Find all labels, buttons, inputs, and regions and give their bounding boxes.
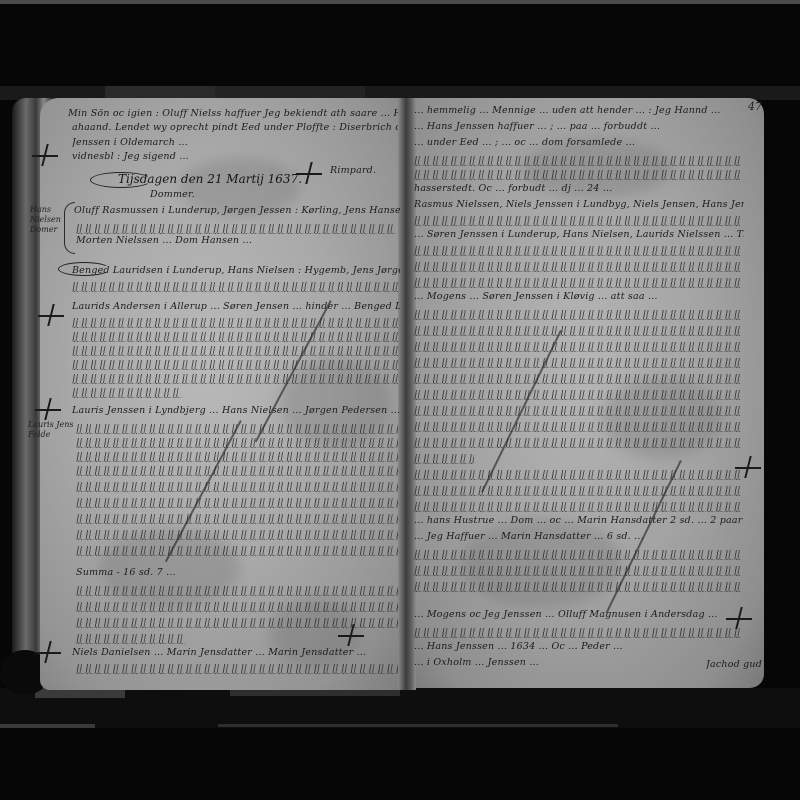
- handwriting-line: [414, 566, 740, 576]
- handwriting-line: [414, 216, 740, 226]
- right-para-6: ... Søren Jenssen i Lunderup, Hans Niels…: [414, 228, 744, 242]
- handwriting-line: [414, 390, 740, 400]
- left-para-4: Laurids Andersen i Allerup ... Søren Jen…: [72, 300, 400, 314]
- handwriting-line: [414, 156, 740, 166]
- right-para-10: ... Mogens oc Jeg Jenssen ... Olluff Mag…: [414, 608, 734, 622]
- margin-cross-icon: [35, 398, 61, 424]
- right-para-11: ... Hans Jenssen ... 1634 ... Oc ... Ped…: [414, 640, 744, 654]
- right-bottom-signature: Jachod gudss: [706, 658, 762, 672]
- handwriting-line: [72, 318, 398, 328]
- scan-top-edge: [0, 0, 800, 4]
- handwriting-line: [76, 664, 398, 674]
- right-para-3: ... under Eed ... ; ... oc ... dom forsa…: [414, 136, 744, 150]
- left-para-1: Oluff Rasmussen i Lunderup, Jørgen Jesse…: [74, 204, 400, 218]
- left-line-3: Jenssen i Oldemarch ...: [72, 136, 398, 150]
- handwriting-line: [414, 422, 740, 432]
- handwriting-line: [76, 530, 398, 540]
- left-para-2: Morten Nielssen ... Dom Hansen ...: [76, 234, 336, 248]
- handwriting-line: [414, 342, 740, 352]
- handwriting-line: [76, 586, 398, 596]
- handwriting-line: [76, 514, 398, 524]
- margin-cross-icon: [35, 641, 61, 667]
- margin-cross-icon: [32, 144, 58, 170]
- handwriting-line: [76, 482, 398, 492]
- left-line-4: vidnesbl : Jeg sigend ...: [72, 150, 332, 164]
- handwriting-line: [72, 360, 398, 370]
- left-signature: Rimpard.: [330, 164, 400, 178]
- handwriting-line: [72, 374, 398, 384]
- handwriting-line: [414, 278, 740, 288]
- left-para-5: Lauris Jenssen i Lyndbjerg ... Hans Niel…: [72, 404, 400, 418]
- handwriting-line: [72, 282, 398, 292]
- handwriting-line: [414, 406, 740, 416]
- right-para-2: ... Hans Jenssen haffuer ... ; ... paa .…: [414, 120, 744, 134]
- handwriting-line: [414, 170, 740, 180]
- right-para-9: ... Jeg Haffuer ... Marin Hansdatter ...…: [414, 530, 744, 544]
- handwriting-line: [72, 332, 398, 342]
- handwriting-line: [414, 470, 740, 480]
- handwriting-line: [414, 262, 740, 272]
- handwriting-line: [414, 486, 740, 496]
- handwriting-line: [414, 582, 740, 592]
- page-number: 47: [748, 100, 762, 113]
- left-line-2: ahaand. Lendet wy oprecht pindt Eed unde…: [72, 121, 398, 135]
- margin-cross-icon: [726, 607, 752, 633]
- left-para-3: Benged Lauridsen i Lunderup, Hans Nielse…: [72, 264, 400, 278]
- handwriting-line: [76, 438, 398, 448]
- handwriting-line: [414, 246, 740, 256]
- left-line-1: Min Sön oc igien : Oluff Nielss haffuer …: [68, 107, 398, 121]
- handwriting-line: [72, 346, 398, 356]
- handwriting-line: [414, 502, 740, 512]
- handwriting-line: [76, 452, 398, 462]
- margin-note-1: Hans Nielsen Domer: [30, 205, 61, 235]
- right-para-12: ... i Oxholm ... Jenssen ...: [414, 656, 694, 670]
- handwriting-line: [414, 438, 740, 448]
- handwriting-line: [76, 602, 398, 612]
- right-para-1: ... hemmelig ... Mennige ... uden att he…: [414, 104, 744, 118]
- right-para-5: Rasmus Nielssen, Niels Jenssen i Lundbyg…: [414, 198, 744, 212]
- handwriting-line: [76, 224, 396, 234]
- margin-cross-icon: [735, 456, 761, 482]
- margin-cross-icon: [296, 162, 322, 188]
- handwriting-line: [414, 454, 474, 464]
- handwriting-line: [414, 550, 740, 560]
- handwriting-line: [414, 374, 740, 384]
- handwriting-line: [76, 466, 398, 476]
- handwriting-line: [76, 546, 398, 556]
- handwriting-line: [414, 628, 740, 638]
- right-para-7: ... Mogens ... Søren Jenssen i Kløvig ..…: [414, 290, 744, 304]
- summa-line: Summa - 16 sd. 7 ...: [76, 566, 398, 580]
- handwriting-line: [76, 634, 186, 644]
- handwriting-line: [414, 310, 740, 320]
- entry-heading-date: Tijsdagen den 21 Martij 1637.: [118, 172, 302, 186]
- margin-cross-icon: [338, 624, 364, 650]
- handwriting-line: [414, 358, 740, 368]
- right-para-4: hasserstedt. Oc ... forbudt ... dj ... 2…: [414, 182, 744, 196]
- handwriting-line: [72, 388, 182, 398]
- handwriting-line: [414, 326, 740, 336]
- right-para-8: ... hans Hustrue ... Dom ... oc ... Mari…: [414, 514, 744, 528]
- backdrop-strip-bottom: [0, 688, 800, 728]
- handwriting-line: [76, 498, 398, 508]
- sub-heading: Dommer.: [150, 188, 230, 202]
- margin-cross-icon: [38, 304, 64, 330]
